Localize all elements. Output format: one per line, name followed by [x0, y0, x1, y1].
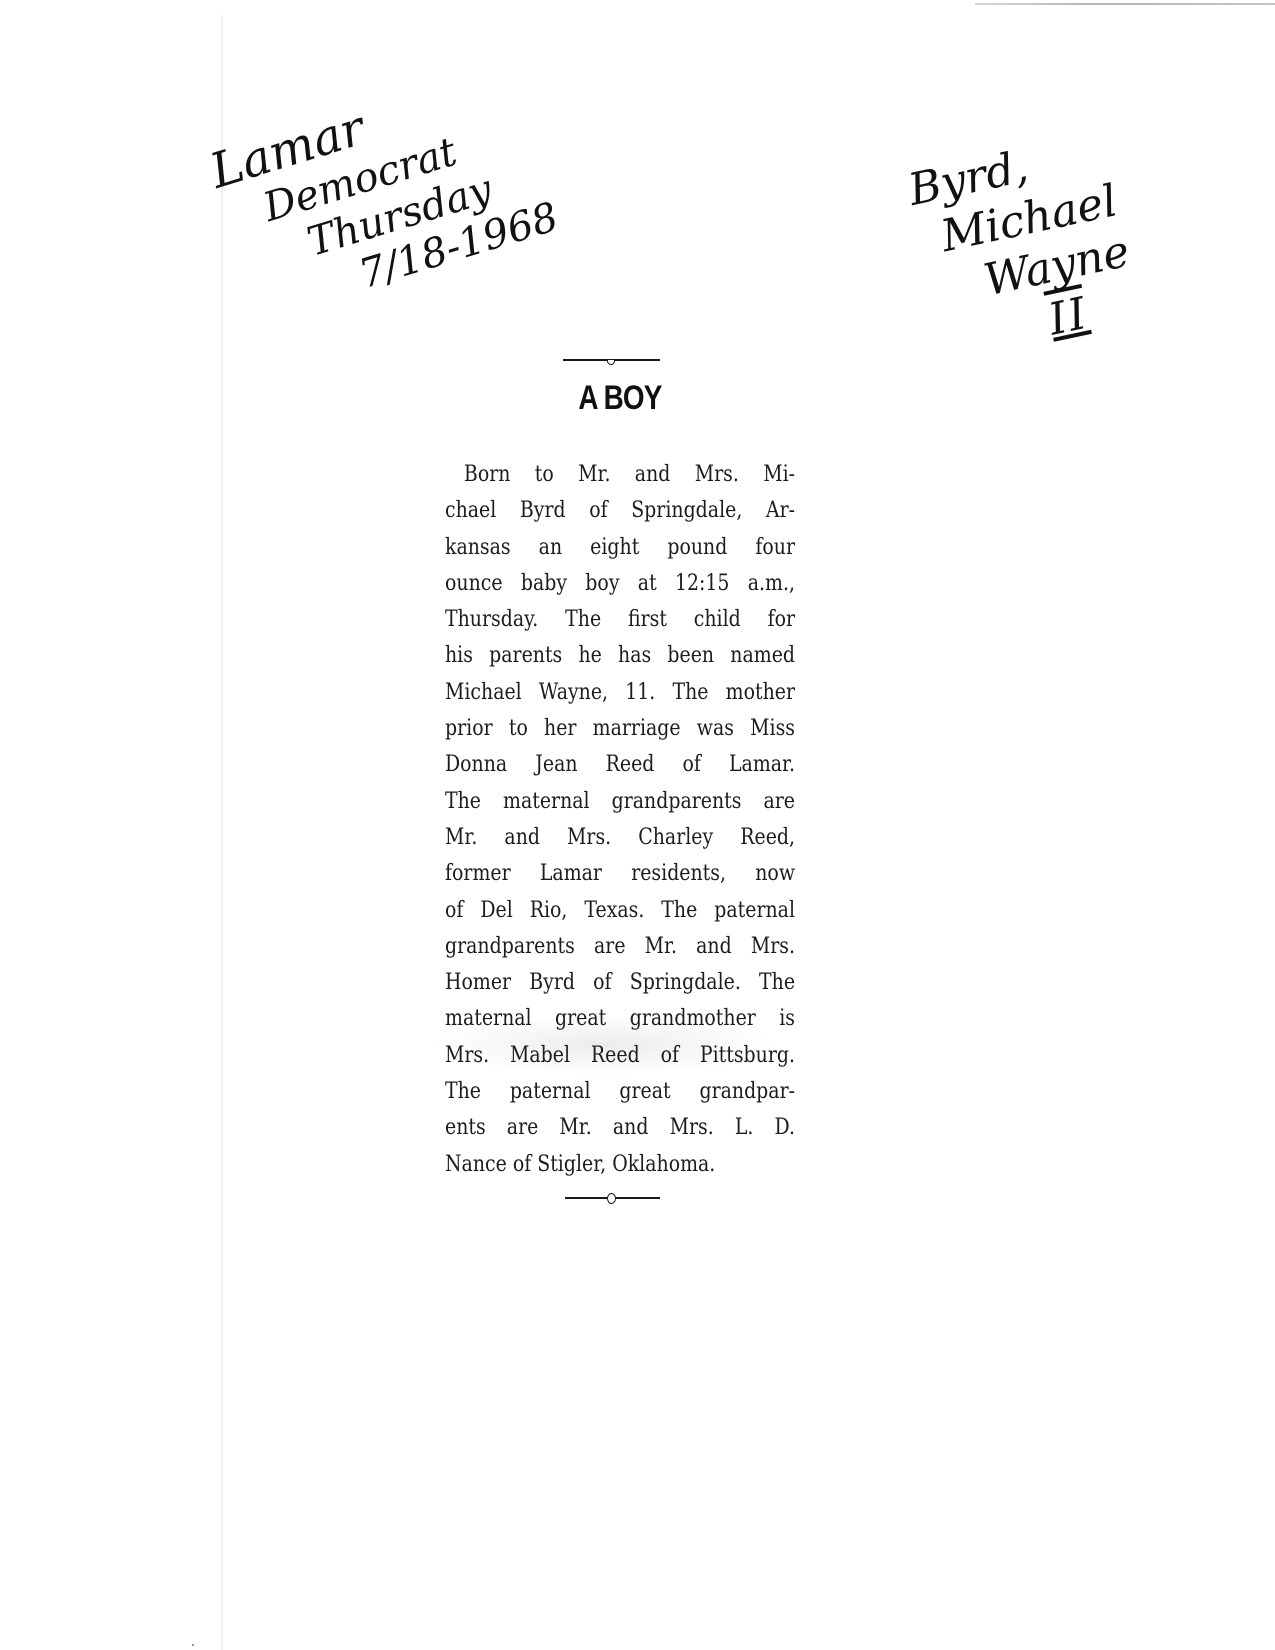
clipping-body-line: Mr. and Mrs. Charley Reed, [445, 820, 795, 856]
clipping-body-line: ounce baby boy at 12:15 a.m., [445, 566, 795, 602]
clipping-body-line: The maternal grandparents are [445, 784, 795, 820]
clipping-body-line: Born to Mr. and Mrs. Mi- [445, 457, 795, 493]
clipping-body-line: prior to her marriage was Miss [445, 711, 795, 747]
top-rule-ornament [563, 359, 660, 361]
clipping-body-line: his parents he has been named [445, 638, 795, 674]
clipping-body-line: Mrs. Mabel Reed of Pittsburg. [445, 1038, 795, 1074]
clipping-body-line: kansas an eight pound four [445, 530, 795, 566]
scan-edge-left [221, 15, 223, 1650]
clipping-body: Born to Mr. and Mrs. Mi-chael Byrd of Sp… [445, 457, 795, 1183]
clipping-body-line: Thursday. The first child for [445, 602, 795, 638]
clipping-body-line: Donna Jean Reed of Lamar. [445, 747, 795, 783]
scan-edge-top [975, 3, 1275, 5]
clipping-headline: A BOY [464, 379, 776, 418]
clipping-body-line: maternal great grandmother is [445, 1001, 795, 1037]
scan-speck [192, 1644, 194, 1646]
clipping-body-line: Michael Wayne, 11. The mother [445, 675, 795, 711]
clipping-body-line: ents are Mr. and Mrs. L. D. [445, 1110, 795, 1146]
clipping-body-line: former Lamar residents, now [445, 856, 795, 892]
newspaper-clipping: A BOY Born to Mr. and Mrs. Mi-chael Byrd… [430, 345, 810, 1225]
bottom-rule-ornament [565, 1197, 660, 1199]
clipping-body-line: grandparents are Mr. and Mrs. [445, 929, 795, 965]
handwritten-source-note: Lamar Democrat Thursday 7/18-1968 [205, 57, 564, 333]
clipping-body-line: of Del Rio, Texas. The paternal [445, 893, 795, 929]
clipping-body-line: Homer Byrd of Springdale. The [445, 965, 795, 1001]
clipping-body-line: Nance of Stigler, Oklahoma. [445, 1147, 795, 1183]
handwritten-subject-note: Byrd, Michael Wayne II [905, 128, 1146, 373]
clipping-body-line: The paternal great grandpar- [445, 1074, 795, 1110]
clipping-body-line: chael Byrd of Springdale, Ar- [445, 493, 795, 529]
